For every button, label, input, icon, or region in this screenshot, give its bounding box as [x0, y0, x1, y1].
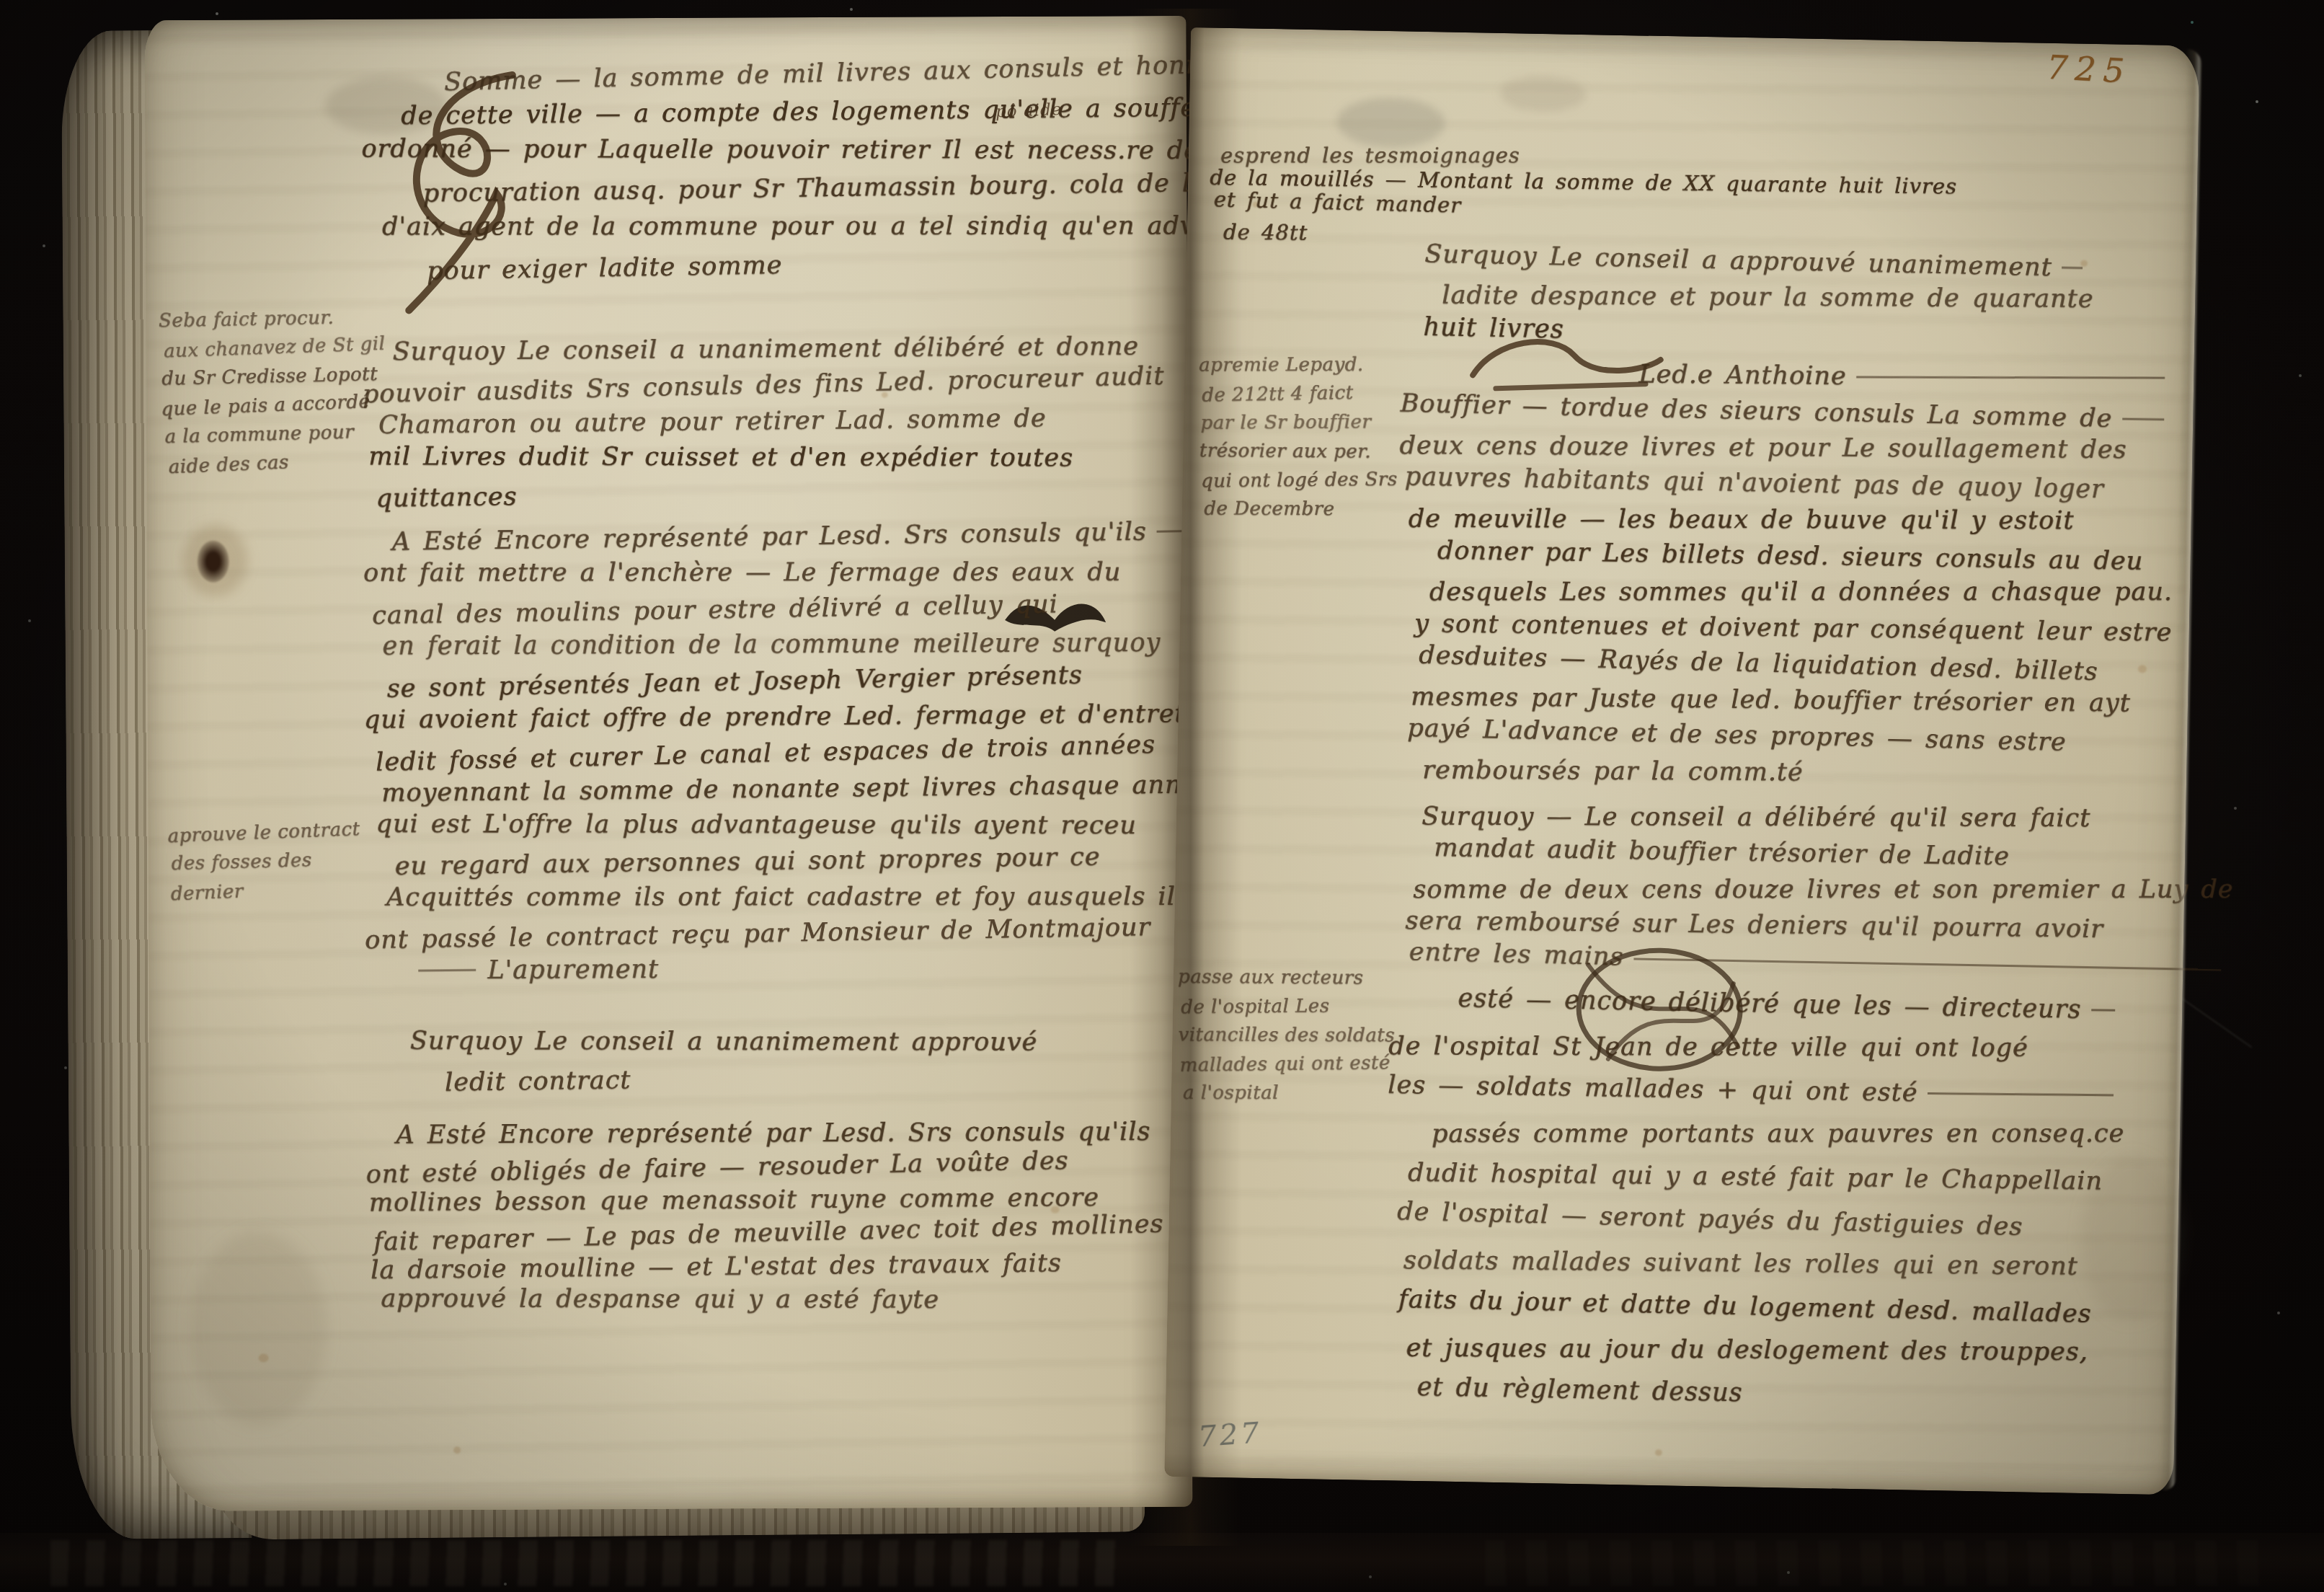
- manuscript-line-text: A Esté Encore représenté par Lesd. Srs c…: [391, 518, 1146, 557]
- manuscript-paragraph: Somme — la somme de mil livres aux consu…: [361, 57, 1295, 291]
- right-page-text: esprend les tesmoignagesde la mouillés —…: [1164, 27, 2200, 1495]
- manuscript-line-text: de 48tt: [1223, 220, 1308, 245]
- manuscript-line-text: a l'ospital: [1183, 1082, 1279, 1104]
- manuscript-line-text: ont passé le contract reçu par Monsieur …: [365, 913, 1151, 955]
- manuscript-line-text: Surquoy — Le conseil a délibéré qu'il se…: [1422, 802, 2090, 833]
- manuscript-line-text: Seba faict procur.: [159, 307, 334, 332]
- manuscript-line-text: deux cens douze livres et pour Le soulla…: [1399, 431, 2126, 464]
- manuscript-line-text: ledit contract: [445, 1066, 631, 1097]
- manuscript-line-text: et du règlement dessus: [1416, 1373, 1743, 1407]
- manuscript-line-text: de l'ospital St Jean de cette ville qui …: [1388, 1032, 2028, 1062]
- manuscript-line-text: vitancilles des soldats: [1178, 1024, 1395, 1046]
- dust-specks: [0, 0, 1, 1]
- manuscript-line-text: esté — encore délibéré que les — directe…: [1458, 984, 2082, 1025]
- manuscript-line: donner par Les billets desd. sieurs cons…: [1397, 536, 2173, 584]
- manuscript-line: A Esté Encore représenté par Lesd. Srs c…: [363, 516, 1238, 565]
- manuscript-line-text: sera remboursé sur Les deniers qu'il pou…: [1405, 906, 2103, 944]
- manuscript-line-text: quittances: [376, 482, 517, 513]
- manuscript-line-text: procuration ausq. pour Sr Thaumassin bou…: [422, 168, 1276, 208]
- margin-note: passe aux recteursde l'ospital Lesvitanc…: [1178, 966, 1409, 1112]
- manuscript-line: les — soldats mallades + qui ont esté: [1388, 1071, 2126, 1126]
- manuscript-line: mil Livres dudit Sr cuisset et d'en expé…: [363, 442, 1165, 479]
- manuscript-line: mandat audit bouffier trésorier de Ladit…: [1392, 833, 2235, 882]
- manuscript-line-text: ladite despance et pour la somme de quar…: [1442, 281, 2093, 314]
- manuscript-paragraph: Surquoy Le conseil a unanimement délibér…: [362, 333, 1165, 517]
- margin-note: aprouve le contractdes fosses desdernier: [167, 818, 386, 911]
- manuscript-line: et du règlement dessus: [1382, 1372, 2120, 1429]
- manuscript-line: passés comme portants aux pauvres en con…: [1387, 1119, 2124, 1162]
- manuscript-line-text: somme de deux cens douze livres et son p…: [1413, 875, 2233, 904]
- manuscript-line-text: aide des cas: [168, 451, 289, 478]
- manuscript-line-text: et fut a faict mander: [1213, 187, 1461, 217]
- margin-note: Seba faict procur.aux chanavez de St gil…: [158, 305, 379, 485]
- manuscript-line: somme de deux cens douze livres et son p…: [1391, 875, 2233, 911]
- manuscript-line-text: dudit hospital qui y a esté fait par le …: [1408, 1159, 2103, 1196]
- manuscript-line: approuvé la despanse qui y a esté fayte: [366, 1284, 1164, 1319]
- manuscript-line: de l'ospital St Jean de cette ville qui …: [1388, 1032, 2126, 1077]
- manuscript-line-text: ordonné — pour Laquelle pouvoir retirer …: [361, 135, 1274, 166]
- manuscript-line: ledit contract: [365, 1060, 1060, 1107]
- manuscript-line-text: des fosses des: [171, 849, 312, 875]
- left-page-text: Somme — la somme de mil livres aux consu…: [144, 16, 1192, 1511]
- manuscript-line-text: qui est L'offre la plus advantageuse qu'…: [376, 810, 1136, 840]
- manuscript-line-text: mallades qui ont esté: [1179, 1052, 1390, 1076]
- manuscript-paragraph: A Esté Encore représenté par Lesd. Srs c…: [363, 521, 1241, 993]
- manuscript-line: Surquoy Le conseil a unanimement approuv…: [365, 1027, 1059, 1066]
- manuscript-line-text: mesmes par Juste que led. bouffier tréso…: [1411, 683, 2131, 718]
- manuscript-line: passe aux recteurs: [1178, 966, 1409, 996]
- manuscript-line-text: en ferait la condition de la commune mei…: [382, 629, 1161, 661]
- manuscript-line-text: Led.e Anthoine: [1638, 360, 1847, 391]
- manuscript-line: quittances: [363, 474, 1165, 521]
- left-page: pô aide Somme — la somme de mil livres a…: [144, 16, 1192, 1511]
- manuscript-paragraph: esté — encore délibéré que les — directe…: [1382, 983, 2127, 1429]
- manuscript-line-text: desquels Les sommes qu'il a données a ch…: [1429, 578, 2173, 606]
- manuscript-line: de 212tt 4 faict: [1199, 381, 1416, 414]
- manuscript-line: esté — encore délibéré que les — directe…: [1389, 983, 2127, 1040]
- manuscript-line: qui ont logé des Srs: [1199, 469, 1416, 500]
- manuscript-line-text: trésorier aux per.: [1199, 440, 1371, 463]
- manuscript-line-text: Somme — la somme de mil livres aux consu…: [443, 50, 1211, 97]
- manuscript-line: eu regard aux personnes qui sont propres…: [364, 841, 1240, 889]
- manuscript-line: Chamaron ou autre pour retirer Lad. somm…: [363, 403, 1165, 448]
- manuscript-line-text: de l'ospital Les: [1181, 995, 1330, 1018]
- manuscript-line: de l'ospital Les: [1178, 994, 1409, 1025]
- manuscript-line-text: eu regard aux personnes qui sont propres…: [394, 843, 1100, 881]
- manuscript-line-text: apremie Lepayd.: [1199, 354, 1364, 376]
- table-streaks: [50, 1540, 1117, 1586]
- manuscript-line-text: canal des moulins pour estre délivré a c…: [372, 590, 1058, 630]
- manuscript-line-text: du Sr Credisse Lopott: [161, 363, 378, 390]
- manuscript-photo: pô aide Somme — la somme de mil livres a…: [0, 0, 2324, 1592]
- manuscript-line-text: aprouve le contract: [167, 818, 360, 847]
- manuscript-line: a l'ospital: [1179, 1082, 1409, 1111]
- manuscript-line-text: et jusques au jour du deslogement des tr…: [1406, 1334, 2088, 1367]
- manuscript-line-text: ont fait mettre a l'enchère — Le fermage…: [363, 558, 1121, 588]
- manuscript-paragraph: Led.e AnthoineBouffier — tordue des sieu…: [1393, 354, 2177, 801]
- manuscript-line-text: esprend les tesmoignages: [1220, 143, 1520, 167]
- manuscript-line-text: entre les mains: [1409, 937, 1624, 971]
- manuscript-line: desquels Les sommes qu'il a données a ch…: [1397, 578, 2173, 614]
- manuscript-line-text: d'aix agent de la commune pour ou a tel …: [382, 211, 1282, 241]
- manuscript-line-text: y sont contenues et doivent par conséque…: [1414, 609, 2173, 647]
- manuscript-line-text: Acquittés comme ils ont faict cadastre e…: [386, 883, 1189, 912]
- manuscript-line-text: remboursés par la comm.té: [1422, 756, 1804, 787]
- manuscript-paragraph: esprend les tesmoignagesde la mouillés —…: [1209, 136, 1979, 257]
- manuscript-line-text: de Decembre: [1204, 498, 1334, 521]
- manuscript-line-text: mollines besson que menassoit ruyne comm…: [369, 1183, 1099, 1217]
- manuscript-line-text: Chamaron ou autre pour retirer Lad. somm…: [378, 404, 1047, 440]
- manuscript-line-text: L'apurement: [487, 955, 659, 985]
- manuscript-line-text: de meuville — les beaux de buuve qu'il y…: [1408, 505, 2074, 536]
- manuscript-line-text: qui ont logé des Srs: [1201, 469, 1398, 492]
- margin-note: apremie Lepayd.de 212tt 4 faictpar le Sr…: [1199, 353, 1416, 528]
- manuscript-line: de Decembre: [1199, 498, 1416, 528]
- manuscript-line: par le Sr bouffier: [1199, 411, 1415, 441]
- manuscript-line-text: a la commune pour: [164, 421, 354, 448]
- manuscript-line-text: par le Sr bouffier: [1200, 412, 1371, 434]
- manuscript-line-text: Surquoy Le conseil a unanimement approuv…: [410, 1027, 1037, 1057]
- manuscript-line: remboursés par la comm.té: [1393, 756, 2170, 796]
- manuscript-line-text: huit livres: [1423, 313, 1564, 345]
- manuscript-paragraph: Surquoy Le conseil a approuvé unanimemen…: [1401, 240, 2095, 361]
- manuscript-line-text: approuvé la despanse qui y a esté fayte: [381, 1284, 939, 1314]
- manuscript-line-text: passe aux recteurs: [1178, 966, 1364, 989]
- manuscript-paragraph: A Esté Encore représenté par Lesd. Srs c…: [365, 1118, 1164, 1320]
- manuscript-line-text: A Esté Encore représenté par Lesd. Srs c…: [396, 1118, 1150, 1149]
- manuscript-line: trésorier aux per.: [1199, 440, 1416, 470]
- manuscript-line-text: Surquoy Le conseil a unanimement délibér…: [392, 332, 1138, 367]
- manuscript-line: mallades qui ont esté: [1178, 1052, 1409, 1084]
- right-page: 725 727 esprend les tesmoignagesde la mo…: [1164, 27, 2200, 1495]
- manuscript-line-text: mil Livres dudit Sr cuisset et d'en expé…: [368, 442, 1073, 472]
- manuscript-line-text: soldats mallades suivant les rolles qui …: [1403, 1246, 2077, 1281]
- manuscript-line-text: passés comme portants aux pauvres en con…: [1432, 1119, 2124, 1148]
- manuscript-line: vitancilles des soldats: [1178, 1024, 1409, 1053]
- manuscript-line-text: de 212tt 4 faict: [1202, 382, 1354, 407]
- manuscript-line: apremie Lepayd.: [1199, 354, 1415, 384]
- manuscript-line-text: pour exiger ladite somme: [427, 251, 783, 286]
- table-streaks: [1485, 1540, 2278, 1586]
- manuscript-line: L'apurement: [365, 953, 1241, 993]
- manuscript-line-text: dernier: [170, 880, 244, 905]
- manuscript-paragraph: Surquoy Le conseil a unanimement approuv…: [365, 1026, 1060, 1104]
- manuscript-line: procuration ausq. pour Sr Thaumassin bou…: [361, 167, 1295, 218]
- manuscript-paragraph: Surquoy — Le conseil a délibéré qu'il se…: [1390, 795, 2235, 991]
- manuscript-line-text: qui avoient faict offre de prendre Led. …: [364, 699, 1240, 735]
